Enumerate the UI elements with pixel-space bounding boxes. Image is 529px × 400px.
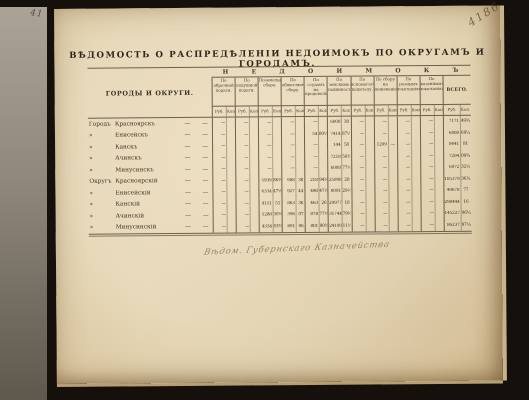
rub-unit-label: Руб. <box>259 106 272 116</box>
data-cell: — <box>374 220 397 232</box>
cell-rub: 878 <box>306 212 319 217</box>
data-cell: — <box>213 221 236 233</box>
cell-rub: 6008 <box>328 120 341 125</box>
cell-kop <box>365 128 374 140</box>
cell-kop <box>434 127 443 139</box>
cell-kop <box>249 152 258 164</box>
cell-rub: 1209 <box>375 143 388 148</box>
cell-rub: — <box>421 177 434 182</box>
data-cell: — <box>351 220 374 232</box>
data-cell: 5480¼ <box>304 128 327 140</box>
cell-rub: 54 <box>305 132 318 137</box>
cell-rub: — <box>352 223 365 228</box>
cell-kop <box>434 185 443 197</box>
row-label: »Ачинскій— — <box>89 213 213 220</box>
data-cell: 593986¾ <box>258 175 281 187</box>
cell-kop: 96¾ <box>461 208 471 220</box>
cell-kop: 44 <box>296 186 305 198</box>
data-cell: 2997718 <box>328 197 351 209</box>
total-cell: 729409¾ <box>443 150 471 162</box>
cell-kop: 38 <box>296 175 305 187</box>
cell-rub: — <box>237 190 250 195</box>
data-cell: — <box>281 163 304 175</box>
cell-kop <box>249 129 258 141</box>
cell-kop: 09¾ <box>460 150 470 162</box>
unit-cell: Руб.Коп. <box>327 106 350 116</box>
data-cell: — <box>397 220 420 232</box>
cell-rub: 145227 <box>445 211 461 216</box>
cell-kop <box>250 198 259 210</box>
dash-leader: — — <box>158 178 213 184</box>
cell-kop <box>295 129 304 141</box>
total-cell: 680868¼ <box>443 127 471 139</box>
data-cell: — <box>213 210 236 222</box>
cell-rub: — <box>375 223 388 228</box>
data-cell: — <box>397 162 420 174</box>
cell-kop: 29¼ <box>342 186 351 198</box>
cell-rub: — <box>398 142 411 147</box>
data-cell: — <box>235 152 258 164</box>
cell-kop <box>226 141 235 153</box>
total-cell: 4967877 <box>443 185 471 197</box>
kop-unit-label: Коп. <box>341 106 350 116</box>
cell-kop <box>411 174 420 186</box>
data-cell: 3174479¾ <box>328 209 351 221</box>
cell-rub: — <box>213 167 226 172</box>
cell-kop <box>227 210 236 222</box>
cell-kop: 97¼ <box>461 219 471 231</box>
data-cell: — <box>351 139 374 151</box>
data-cell: — <box>397 197 420 209</box>
data-cell: — <box>212 152 235 164</box>
cell-kop: 11¼ <box>342 220 351 232</box>
cell-rub: — <box>352 131 365 136</box>
cell-rub: — <box>398 154 411 159</box>
cell-kop: 68¼ <box>460 127 470 139</box>
cell-kop <box>295 140 304 152</box>
data-cell: — <box>281 152 304 164</box>
row-label: »Канскъ— — <box>88 144 212 151</box>
cell-rub: — <box>236 121 249 126</box>
cell-kop: 07 <box>296 209 305 221</box>
cell-kop: 77 <box>460 185 470 197</box>
cell-kop <box>434 116 443 128</box>
total-cell: 29844416 <box>443 196 471 208</box>
cell-kop <box>249 163 258 175</box>
cell-rub: — <box>352 177 365 182</box>
data-cell: 49847¼ <box>305 186 328 198</box>
folio-mark-top-right: 4186 <box>465 0 502 29</box>
cell-kop <box>226 187 235 199</box>
cell-rub: — <box>352 212 365 217</box>
cell-kop: 86¾ <box>272 175 281 187</box>
kop-unit-label: Коп. <box>318 106 327 116</box>
cell-rub: — <box>352 200 365 205</box>
cell-kop <box>226 198 235 210</box>
data-cell: — <box>351 208 374 220</box>
arrears-table: НЕДОИМОКЪ ГОРОДЫ И ОКРУГИ. По оброчной п… <box>87 65 471 235</box>
cell-kop <box>435 219 444 231</box>
dash-leader: — — <box>155 121 212 127</box>
unit-cell: Руб.Коп. <box>212 107 235 117</box>
row-prefix: » <box>89 213 116 219</box>
data-cell: 741487¼ <box>327 128 350 140</box>
cell-rub: — <box>213 121 226 126</box>
cell-rub: — <box>421 200 434 205</box>
data-cell: — <box>305 163 328 175</box>
kop-unit-label: Коп. <box>226 107 235 117</box>
cell-kop: 94¼ <box>319 174 328 186</box>
data-cell: — <box>258 129 281 141</box>
cell-rub: — <box>305 143 318 148</box>
unit-cell: Руб.Коп. <box>350 105 373 115</box>
row-prefix: » <box>88 156 115 162</box>
data-cell: — <box>351 151 374 163</box>
data-cell: — <box>212 129 235 141</box>
data-cell: 600838 <box>327 117 350 129</box>
cell-rub: 6808 <box>444 131 460 136</box>
data-cell: — <box>397 185 420 197</box>
data-cell: 14450 <box>328 140 351 152</box>
cell-kop <box>388 174 397 186</box>
cell-kop <box>318 140 327 152</box>
row-label: ГородъКрасноярскъ— — <box>88 121 212 128</box>
cell-kop <box>365 174 374 186</box>
cell-kop <box>411 185 420 197</box>
data-cell: — <box>212 187 235 199</box>
unit-cell: Руб.Коп. <box>281 106 304 116</box>
column-group-headers: По оброчной подати.По подушной подати.По… <box>212 76 443 107</box>
cell-kop: 06 <box>296 221 305 233</box>
cell-kop <box>272 140 281 152</box>
unit-cells: Руб.Коп.Руб.Коп.Руб.Коп.Руб.Коп.Руб.Коп.… <box>212 105 443 117</box>
cell-kop <box>249 186 258 198</box>
cell-rub: — <box>259 167 272 172</box>
data-cell: — <box>235 129 258 141</box>
row-name: Канскъ <box>115 144 137 150</box>
cell-rub: 988 <box>283 178 296 183</box>
header-letter: И <box>336 68 343 75</box>
column-group-header: По оброчной подати. <box>212 78 235 107</box>
data-cell: 92744 <box>282 186 305 198</box>
data-cell: — <box>351 185 374 197</box>
cell-rub: — <box>421 119 434 124</box>
cell-kop <box>411 197 420 209</box>
data-cell: — <box>351 128 374 140</box>
dash-leader: — — <box>154 167 212 173</box>
cell-kop <box>365 162 374 174</box>
cell-kop <box>318 117 327 129</box>
cell-kop <box>272 152 281 164</box>
cell-rub: — <box>375 154 388 159</box>
cell-rub: — <box>259 144 272 149</box>
cell-kop: 36 <box>296 198 305 210</box>
column-group-header: По ссудамъ на продовольствіе. <box>304 77 327 106</box>
data-cell: — <box>351 162 374 174</box>
cell-rub: — <box>306 155 319 160</box>
data-cell: — <box>305 151 328 163</box>
data-cell: — <box>258 152 281 164</box>
cell-rub: — <box>351 120 364 125</box>
cell-rub: — <box>398 200 411 205</box>
dash-leader: — — <box>142 155 213 162</box>
rub-unit-label: Руб. <box>374 105 387 115</box>
rub-unit-label: Руб. <box>282 106 295 116</box>
cell-kop <box>249 140 258 152</box>
cell-rub: — <box>259 132 272 137</box>
data-cell: — <box>374 197 397 209</box>
data-cell: 80190¾ <box>305 220 328 232</box>
cell-rub: — <box>283 166 296 171</box>
data-cell: — <box>235 117 258 129</box>
header-letter: Н <box>223 69 230 76</box>
cell-rub: — <box>214 201 227 206</box>
kop-unit-label: Коп. <box>387 105 396 115</box>
data-cell: — <box>397 174 420 186</box>
dash-leader: — — <box>144 213 212 220</box>
cell-rub: — <box>236 155 249 160</box>
cell-rub: 24190 <box>329 223 342 228</box>
cell-rub: — <box>259 121 272 126</box>
data-cell: 2419011¼ <box>328 220 351 232</box>
data-cell: — <box>212 118 235 130</box>
cell-kop <box>295 117 304 129</box>
cell-kop <box>388 116 397 128</box>
cell-rub: 7294 <box>444 154 460 159</box>
cell-rub: 927 <box>283 189 296 194</box>
cell-rub: 49678 <box>444 188 460 193</box>
cell-kop: — <box>388 139 397 151</box>
cell-rub: — <box>421 142 434 147</box>
row-prefix: » <box>88 190 115 196</box>
rub-unit-label: Руб. <box>328 106 341 116</box>
cell-kop <box>272 117 281 129</box>
cell-rub: 8441 <box>444 142 460 147</box>
cell-rub: — <box>213 190 226 195</box>
row-prefix: » <box>89 202 116 208</box>
kop-unit-label: Коп. <box>295 106 304 116</box>
cell-kop <box>272 163 281 175</box>
cell-rub: 498 <box>306 189 319 194</box>
data-cell: — <box>212 164 235 176</box>
cell-kop <box>226 129 235 141</box>
cell-kop: 51 <box>273 198 282 210</box>
cell-kop <box>365 220 374 232</box>
unit-cell: Руб.Коп. <box>397 105 420 115</box>
data-cell: — <box>235 140 258 152</box>
cell-kop <box>411 220 420 232</box>
data-cell: 98838 <box>282 175 305 187</box>
cell-rub: — <box>375 166 388 171</box>
cell-rub: — <box>236 178 249 183</box>
row-label: »Канскій— — <box>89 201 213 208</box>
cell-rub: — <box>236 144 249 149</box>
row-name: Енисейскъ <box>115 133 148 139</box>
row-prefix: » <box>88 144 115 150</box>
row-prefix: » <box>88 167 115 173</box>
cell-rub: — <box>236 132 249 137</box>
data-cell: — <box>374 151 397 163</box>
data-cell: — <box>304 140 327 152</box>
cell-rub: — <box>375 200 388 205</box>
cell-kop <box>319 151 328 163</box>
cell-rub: 31744 <box>329 212 342 217</box>
cell-rub: — <box>237 201 250 206</box>
cell-kop <box>365 208 374 220</box>
data-cell: — <box>374 128 397 140</box>
data-cell: 21894¼ <box>305 174 328 186</box>
column-group-header: По казеннымъ взысканіямъ. <box>419 76 442 105</box>
column-group-header: По сбору на межеваніе. <box>373 76 396 105</box>
data-cell: 528830¼ <box>259 209 282 221</box>
header-letter: Д <box>279 68 285 75</box>
cell-rub: — <box>398 165 411 170</box>
cell-rub: 801 <box>306 224 319 229</box>
total-cell: 14522796¾ <box>444 208 472 220</box>
header-letter: Е <box>252 68 258 75</box>
cell-kop <box>388 128 397 140</box>
data-cell: 633447¼ <box>259 186 282 198</box>
cell-rub: — <box>352 189 365 194</box>
data-cell: — <box>420 139 443 151</box>
row-name: Енисейскій <box>115 190 150 196</box>
cell-kop: 26 <box>319 197 328 209</box>
cell-kop <box>319 163 328 175</box>
folio-mark-top-left: 41 <box>30 8 44 19</box>
dash-leader: — — <box>140 201 213 208</box>
column-group-header: По обществен. сбору. <box>281 77 304 106</box>
cell-kop <box>365 197 374 209</box>
document-page: 4186 ВѢДОМОСТЬ О РАСПРЕДѢЛЕНІИ НЕДОИМОКЪ… <box>54 5 503 383</box>
row-name: Канскій <box>116 202 140 208</box>
cell-rub: 396 <box>283 212 296 217</box>
cell-kop <box>388 208 397 220</box>
kop-unit-label: Коп. <box>364 105 373 115</box>
cell-kop: 36¾ <box>460 173 470 185</box>
cell-kop: 32½ <box>460 162 470 174</box>
data-cell: 433463¾ <box>259 221 282 233</box>
cell-rub: — <box>214 224 227 229</box>
column-group-header: По вспомогательн. капиталу. <box>350 76 373 105</box>
data-cell: — <box>281 129 304 141</box>
cell-rub: — <box>305 120 318 125</box>
row-name: Минусинскій <box>116 224 157 230</box>
cell-rub: — <box>421 211 434 216</box>
cell-kop <box>250 221 259 233</box>
cell-kop <box>388 185 397 197</box>
cell-kop: 50¾ <box>342 151 351 163</box>
data-cell: 89106 <box>282 221 305 233</box>
row-label: ОкругъКрасноярскій— — <box>88 178 212 185</box>
total-cell: 607232½ <box>443 162 471 174</box>
cell-rub: — <box>213 132 226 137</box>
data-cell: — <box>420 173 443 185</box>
cell-kop <box>388 151 397 163</box>
cell-rub: — <box>398 177 411 182</box>
cell-rub: 6334 <box>260 190 273 195</box>
cell-rub: — <box>422 223 435 228</box>
cell-kop <box>249 117 258 129</box>
cell-rub: — <box>214 213 227 218</box>
cell-rub: 6008 <box>329 166 342 171</box>
column-group-header: По подушной подати. <box>235 77 258 106</box>
cell-rub: — <box>421 188 434 193</box>
row-label: »Енисейскій— — <box>88 190 212 197</box>
kop-unit-label: Коп. <box>434 105 443 115</box>
data-cell: — <box>350 116 373 128</box>
column-group-header: Поземельнаго сбора. <box>258 77 281 106</box>
cell-rub: 218 <box>306 178 319 183</box>
data-cell: — <box>420 208 443 220</box>
header-letter: О <box>308 68 314 75</box>
cell-kop <box>364 116 373 128</box>
cell-rub: — <box>213 178 226 183</box>
total-cell: 844181 <box>443 139 471 151</box>
data-cell: — <box>374 116 397 128</box>
dash-leader: — — <box>137 144 212 151</box>
total-cell: 717149¾ <box>443 116 471 128</box>
cell-kop <box>250 209 259 221</box>
data-cell: 46326 <box>305 197 328 209</box>
cell-kop <box>434 162 443 174</box>
data-cell: — <box>421 219 444 231</box>
cell-rub: 5288 <box>260 213 273 218</box>
cell-kop <box>226 118 235 130</box>
total-column-header: ВСЕГО. <box>443 76 471 105</box>
cell-rub: 6072 <box>444 165 460 170</box>
cell-kop: 63¾ <box>273 221 282 233</box>
unit-cell: Руб.Коп. <box>373 105 396 115</box>
cell-kop: 77¼ <box>342 163 351 175</box>
cell-rub: — <box>352 143 365 148</box>
rub-unit-label: Руб. <box>213 107 226 117</box>
data-cell: — <box>304 117 327 129</box>
row-name: Ачинскій <box>116 213 145 219</box>
data-cell: 86336 <box>282 198 305 210</box>
cell-kop <box>411 128 420 140</box>
data-cell: — <box>236 221 259 233</box>
cell-rub: 86237 <box>445 223 461 228</box>
kop-unit-label: Коп. <box>249 106 258 116</box>
data-cell: — <box>235 163 258 175</box>
data-cell: — <box>397 208 420 220</box>
cell-kop: 47¼ <box>273 186 282 198</box>
row-prefix: » <box>89 225 116 231</box>
row-prefix: Округъ <box>88 179 115 185</box>
rub-unit-label: Руб. <box>351 106 364 116</box>
data-cell: — <box>397 116 420 128</box>
data-cell: 600877¼ <box>328 163 351 175</box>
row-label: »Ачинскъ— — <box>88 155 212 162</box>
dash-leader: — — <box>156 224 212 230</box>
dash-leader: — — <box>151 190 213 196</box>
cell-kop: 47¼ <box>319 186 328 198</box>
data-cell: 721850¾ <box>328 151 351 163</box>
column-header-band: ГОРОДЫ И ОКРУГИ. По оброчной подати.По п… <box>88 76 471 108</box>
rub-unit-label: Руб. <box>444 105 460 115</box>
data-cell: — <box>236 209 259 221</box>
cell-kop <box>434 139 443 151</box>
dash-leader: — — <box>148 132 212 139</box>
data-cell: — <box>258 117 281 129</box>
data-cell: — <box>420 196 443 208</box>
rub-unit-label: Руб. <box>421 105 434 115</box>
cell-rub: 7171 <box>444 119 460 124</box>
data-cell: — <box>397 139 420 151</box>
row-name: Ачинскъ <box>115 156 142 162</box>
unit-cell: Руб.Коп. <box>258 106 281 116</box>
data-cell: — <box>420 150 443 162</box>
